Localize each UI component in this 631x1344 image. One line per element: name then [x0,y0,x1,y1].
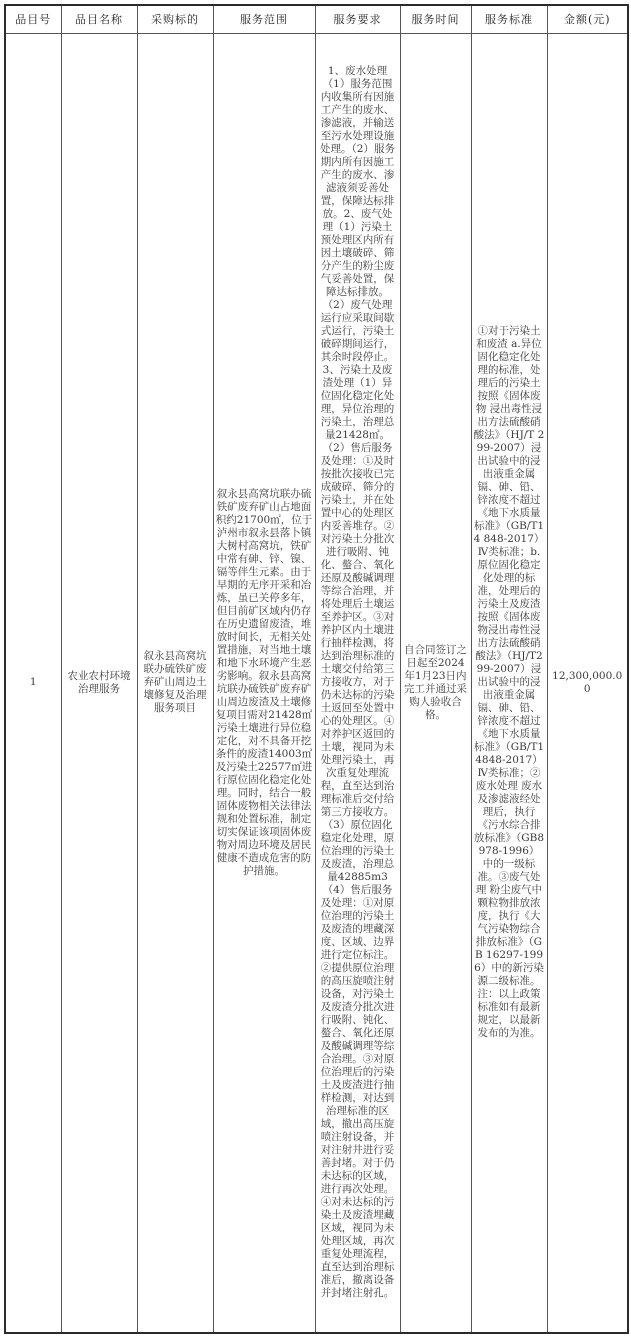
cell-procurement-target: 叙永县高窝坑联办硫铁矿废弃矿山周边土壤修复及治理服务项目 [137,33,213,1333]
table-row: 1 农业农村环境治理服务 叙永县高窝坑联办硫铁矿废弃矿山周边土壤修复及治理服务项… [5,33,628,1333]
cell-item-no: 1 [5,33,61,1333]
cell-service-time: 自合同签订之日起至2024年1月23日内完工并通过采购人验收合格。 [400,33,471,1333]
header-procurement-target: 采购标的 [137,5,213,33]
header-service-time: 服务时间 [400,5,471,33]
header-item-name: 品目名称 [61,5,137,33]
header-service-scope: 服务范围 [213,5,315,33]
document-page: 品目号 品目名称 采购标的 服务范围 服务要求 服务时间 服务标准 金额(元) … [0,0,631,1338]
cell-item-name: 农业农村环境治理服务 [61,33,137,1333]
header-service-requirements: 服务要求 [315,5,400,33]
cell-service-scope: 叙永县高窝坑联办硫铁矿废弃矿山占地面积约21700㎡，位于泸州市叙永县落卜镇大树… [213,33,315,1333]
procurement-table: 品目号 品目名称 采购标的 服务范围 服务要求 服务时间 服务标准 金额(元) … [4,4,629,1334]
cell-amount: 12,300,000.00 [547,33,628,1333]
header-service-standard: 服务标准 [471,5,547,33]
cell-service-requirements: 1、废水处理（1）服务范围内收集所有因施工产生的废水、渗滤液，并输送至污水处理设… [315,33,400,1333]
header-row: 品目号 品目名称 采购标的 服务范围 服务要求 服务时间 服务标准 金额(元) [5,5,628,33]
cell-service-standard: ①对于污染土和废渣 a.异位固化稳定化处理的标准，处理后的污染土按照《固体废物 … [471,33,547,1333]
header-item-no: 品目号 [5,5,61,33]
header-amount: 金额(元) [547,5,628,33]
